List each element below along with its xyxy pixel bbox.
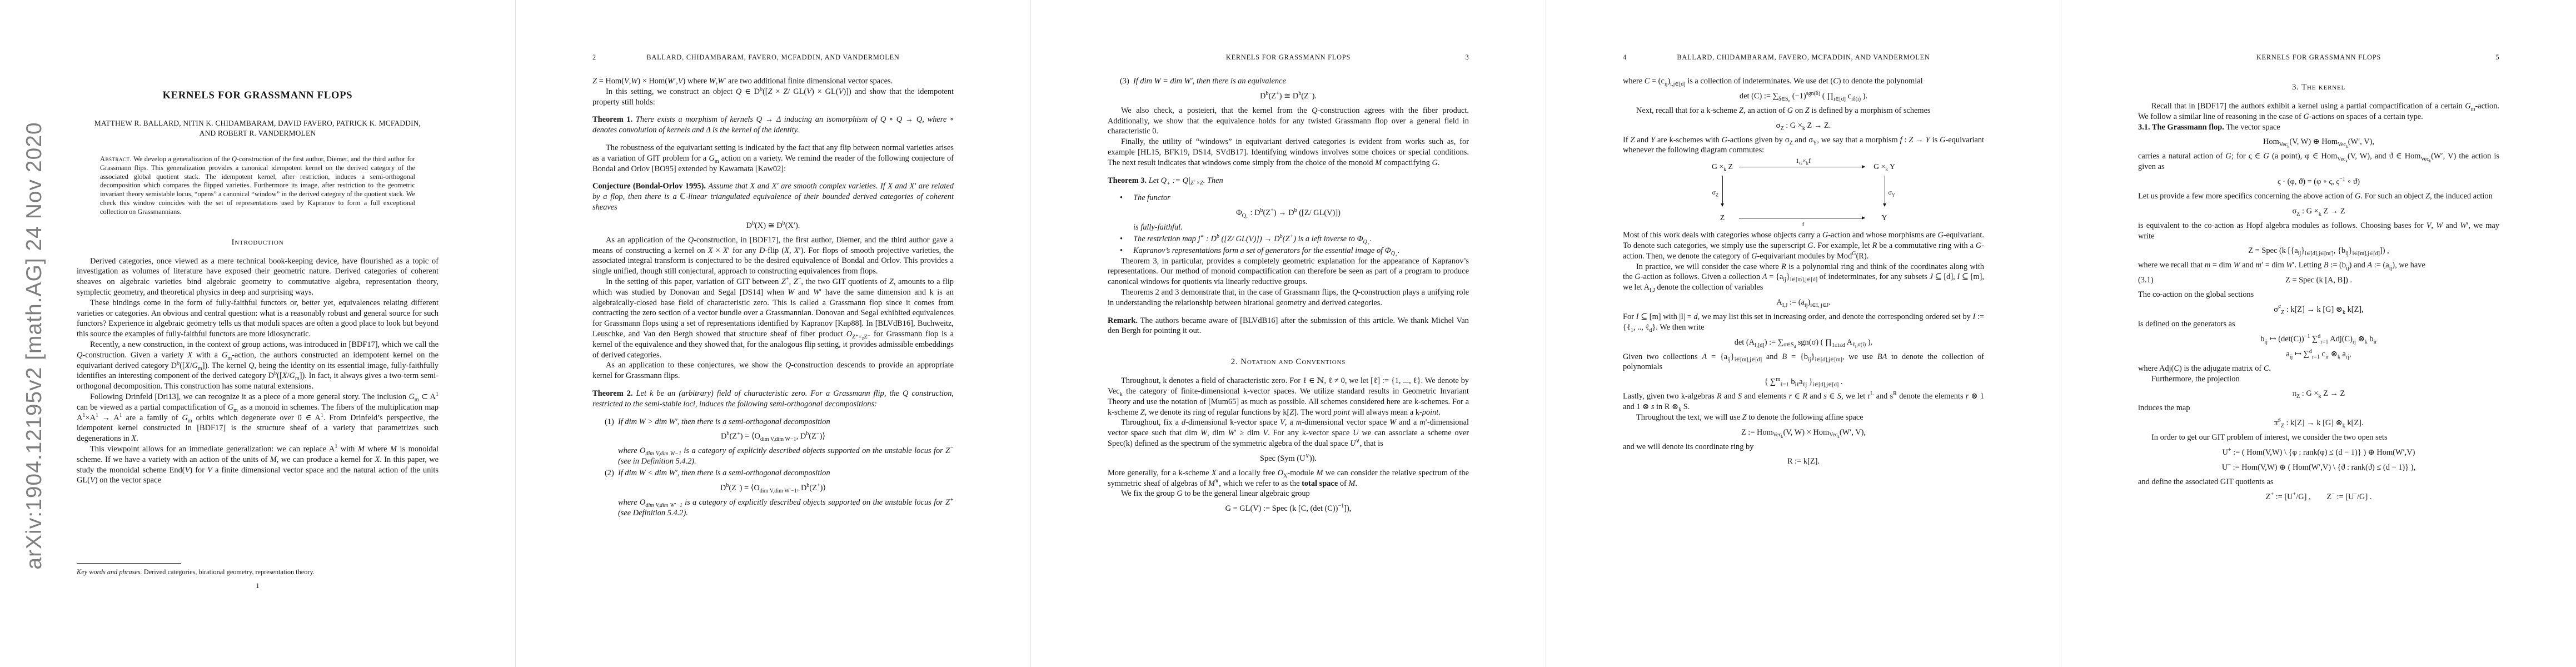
display-equation: Spec (Sym (U∨)). bbox=[1108, 453, 1469, 464]
paragraph: Most of this work deals with categories … bbox=[1623, 230, 1984, 261]
paragraph: If Z and Y are k-schemes with G-actions … bbox=[1623, 135, 1984, 156]
display-equation: AI,J := (aij)i∈I, j∈J. bbox=[1623, 297, 1984, 308]
display-equation: πZ : G ×k Z → Z bbox=[2138, 388, 2499, 399]
paragraph: is equivalent to the co-action as Hopf a… bbox=[2138, 221, 2499, 242]
paragraph: and we will denote its coordinate ring b… bbox=[1623, 442, 1984, 452]
running-header: KERNELS FOR GRASSMANN FLOPS3 bbox=[1108, 53, 1469, 62]
theorem: Theorem 3. Let Q+ := Q|Z+×Z. Then bbox=[1108, 176, 1469, 186]
display-equation: R := k[Z]. bbox=[1623, 456, 1984, 467]
paragraph: and define the associated GIT quotients … bbox=[2138, 477, 2499, 487]
paragraph: where C = (cij)i,j∈[d] is a collection o… bbox=[1623, 76, 1984, 87]
page-body: 2BALLARD, CHIDAMBARAM, FAVERO, MCFADDIN,… bbox=[592, 32, 954, 518]
arrow-right-icon: f bbox=[1738, 212, 1869, 223]
display-equation: det (AI,[d]) := ∑σ∈Sd sgn(σ) ( ∏1≤i≤d Aℓ… bbox=[1623, 337, 1984, 348]
paragraph: Throughout, fix a d-dimensional k-vector… bbox=[1108, 417, 1469, 449]
display-equation: Z+ := [U+/G] , Z− := [U−/G] . bbox=[2138, 491, 2499, 502]
arrow-down-icon: σY bbox=[1874, 175, 1895, 210]
authors-line: MATTHEW R. BALLARD, NITIN K. CHIDAMBARAM… bbox=[77, 118, 439, 138]
paragraph: Given two collections A = {aij}i∈[m],j∈[… bbox=[1623, 352, 1984, 373]
list-item: (3)If dim W = dim W′, then there is an e… bbox=[1108, 76, 1469, 87]
running-header-right: 5 bbox=[2475, 53, 2499, 62]
paragraph: In this setting, we construct an object … bbox=[592, 87, 954, 108]
running-header: KERNELS FOR GRASSMANN FLOPS5 bbox=[2138, 53, 2499, 62]
paragraph: Throughout, k denotes a field of charact… bbox=[1108, 376, 1469, 417]
paragraph: Theorem 3, in particular, provides a com… bbox=[1108, 256, 1469, 287]
display-equation: det (C) := ∑δ∈Sn (−1)sgn(δ) ( ∏i∈[d] ciδ… bbox=[1623, 91, 1984, 102]
display-equation: ς · (φ, ϑ) = (φ ∘ ς, ς−1 ∘ ϑ) bbox=[2138, 176, 2499, 187]
list-item-text: where Odim V,dim W−1 is a category of ex… bbox=[592, 446, 954, 467]
display-equation: Z = Spec (k [{aij}i∈[d],j∈[m′], {bij}i∈[… bbox=[2138, 245, 2499, 256]
item-marker: • bbox=[1120, 246, 1133, 256]
display-equation: HomVeck(V, W) ⊕ HomVeck(W′, V), bbox=[2138, 136, 2499, 147]
running-header-title: KERNELS FOR GRASSMANN FLOPS bbox=[1132, 53, 1444, 62]
page-5: KERNELS FOR GRASSMANN FLOPS53. The kerne… bbox=[2061, 0, 2576, 667]
paragraph: Throughout the text, we will use Z to de… bbox=[1623, 412, 1984, 423]
item-marker: (3) bbox=[1120, 76, 1133, 87]
paragraph: where Adj(C) is the adjugate matrix of C… bbox=[2138, 364, 2499, 374]
display-equation: aij ↦ ∑dr=1 cir ⊗k arj, bbox=[2138, 349, 2499, 360]
paragraph: We fix the group G to be the general lin… bbox=[1108, 489, 1469, 499]
paragraph: As an application to these conjectures, … bbox=[592, 360, 954, 381]
display-equation: Db(Z+) ≅ Db(Z−). bbox=[1108, 91, 1469, 102]
list-item: •Kapranov’s representations form a set o… bbox=[1108, 246, 1469, 256]
paragraph: We also check, a posteieri, that the ker… bbox=[1108, 106, 1469, 137]
page-4: 4BALLARD, CHIDAMBARAM, FAVERO, MCFADDIN,… bbox=[1546, 0, 2061, 667]
item-marker: • bbox=[1120, 193, 1133, 203]
keywords-line: Key words and phrases. Derived categorie… bbox=[77, 568, 439, 576]
footnote-block: Key words and phrases. Derived categorie… bbox=[77, 563, 439, 590]
arxiv-watermark-text: arXiv:1904.12195v2 [math.AG] 24 Nov 2020 bbox=[22, 122, 47, 569]
list-item-text: where Odim V,dim W′−1 is a category of e… bbox=[592, 497, 954, 519]
page-2: 2BALLARD, CHIDAMBARAM, FAVERO, MCFADDIN,… bbox=[515, 0, 1030, 667]
item-marker: • bbox=[1120, 234, 1133, 245]
paragraph: Furthermore, the projection bbox=[2138, 374, 2499, 385]
paragraph: For I ⊆ [m] with |I| = d, we may list th… bbox=[1623, 312, 1984, 333]
paragraph: Let us provide a few more specifics conc… bbox=[2138, 191, 2499, 202]
paragraph: In the setting of this paper, variation … bbox=[592, 277, 954, 360]
theorem: Conjecture (Bondal-Orlov 1995). Assume t… bbox=[592, 181, 954, 212]
screenshot-root: { "watermark": {"text":"arXiv:1904.12195… bbox=[0, 0, 2576, 667]
paragraph: 3.1. The Grassmann flop. The vector spac… bbox=[2138, 122, 2499, 133]
paragraph: The robustness of the equivariant settin… bbox=[592, 143, 954, 174]
document-canvas: arXiv:1904.12195v2 [math.AG] 24 Nov 2020… bbox=[0, 0, 2576, 667]
paragraph: Recently, a new construction, in the con… bbox=[77, 340, 439, 392]
paragraph: carries a natural action of G; for ς ∈ G… bbox=[2138, 151, 2499, 172]
item-marker: (1) bbox=[605, 417, 618, 427]
item-marker: (2) bbox=[605, 468, 618, 479]
running-header-title: BALLARD, CHIDAMBARAM, FAVERO, MCFADDIN, … bbox=[1647, 53, 1960, 62]
paragraph: The co-action on the global sections bbox=[2138, 290, 2499, 300]
paragraph: Derived categories, once viewed as a mer… bbox=[77, 256, 439, 298]
running-header: 4BALLARD, CHIDAMBARAM, FAVERO, MCFADDIN,… bbox=[1623, 53, 1984, 62]
display-equation: bij ↦ (det(C))−1 ∑dr=1 Adj(C)rj ⊗k bir bbox=[2138, 333, 2499, 345]
page-1: KERNELS FOR GRASSMANN FLOPSMATTHEW R. BA… bbox=[0, 0, 515, 667]
paragraph: Next, recall that for a k-scheme Z, an a… bbox=[1623, 106, 1984, 116]
page-body: KERNELS FOR GRASSMANN FLOPS53. The kerne… bbox=[2138, 32, 2499, 506]
display-equation: π♯Z : k[Z] → k [G] ⊗k k[Z]. bbox=[2138, 417, 2499, 429]
page-body: KERNELS FOR GRASSMANN FLOPS3(3)If dim W … bbox=[1108, 32, 1469, 518]
section-heading: 3. The kernel bbox=[2138, 83, 2499, 92]
display-equation: U− := Hom(V,W) ⊕ ( Hom(W′,V) \ {ϑ : rank… bbox=[2138, 462, 2499, 473]
paragraph: Z = Hom(V,W) × Hom(W′,V) where W,W′ are … bbox=[592, 76, 954, 87]
running-header-right: 3 bbox=[1444, 53, 1469, 62]
page-3: KERNELS FOR GRASSMANN FLOPS3(3)If dim W … bbox=[1030, 0, 1546, 667]
paragraph: is defined on the generators as bbox=[2138, 319, 2499, 330]
display-equation: { ∑mℓ=1 biℓaℓj }i∈[d],j∈[d] . bbox=[1623, 376, 1984, 387]
paragraph: Recall that in [BDF17] the authors exhib… bbox=[2138, 101, 2499, 122]
arrow-right-icon: 1G×kf bbox=[1738, 161, 1869, 172]
display-equation: Db(Z+) = ⟨Odim V,dim W−1, Db(Z−)⟩ bbox=[592, 431, 954, 442]
section-heading: 2. Notation and Conventions bbox=[1108, 357, 1469, 367]
paragraph: These bindings come in the form of fully… bbox=[77, 298, 439, 340]
page-body: 4BALLARD, CHIDAMBARAM, FAVERO, MCFADDIN,… bbox=[1623, 32, 1984, 471]
list-item: •The functor bbox=[1108, 193, 1469, 203]
paragraph: Lastly, given two k-algebras R and S and… bbox=[1623, 391, 1984, 412]
display-equation: ΦQ+ : Db(Z+) → Db ([Z/ GL(V)]) bbox=[1108, 207, 1469, 218]
list-item-text: is fully-faithful. bbox=[1108, 222, 1469, 233]
display-equation: Db(X) ≅ Db(X′). bbox=[592, 220, 954, 231]
list-item: (1)If dim W > dim W′, then there is a se… bbox=[592, 417, 954, 427]
running-header-left: 2 bbox=[592, 53, 617, 62]
commutative-diagram: G ×k Z1G×kfG ×k YσZσYZfY bbox=[1712, 161, 1895, 223]
page-body: KERNELS FOR GRASSMANN FLOPSMATTHEW R. BA… bbox=[77, 32, 439, 486]
running-header-title: KERNELS FOR GRASSMANN FLOPS bbox=[2163, 53, 2475, 62]
display-equation: Db(Z−) = ⟨Odim V,dim W′−1, Db(Z+)⟩ bbox=[592, 482, 954, 494]
list-item: •The restriction map j∗ : Db ([Z/ GL(V)]… bbox=[1108, 234, 1469, 245]
display-equation: Z := HomVeck(V, W) × HomVeck(W′, V), bbox=[1623, 427, 1984, 438]
footnote-rule bbox=[77, 563, 181, 564]
paragraph: Following Drinfeld [Dri13], we can recog… bbox=[77, 392, 439, 444]
paragraph: This viewpoint allows for an immediate g… bbox=[77, 444, 439, 486]
display-equation: σ♯Z : k[Z] → k [G] ⊗k k[Z], bbox=[2138, 304, 2499, 315]
section-heading: Introduction bbox=[77, 238, 439, 247]
page-number: 1 bbox=[77, 581, 439, 590]
arrow-down-icon: σZ bbox=[1712, 175, 1733, 210]
running-header-left: 4 bbox=[1623, 53, 1647, 62]
paragraph: In order to get our GIT problem of inter… bbox=[2138, 432, 2499, 443]
theorem: Theorem 1. There exists a morphism of ke… bbox=[592, 115, 954, 136]
display-equation: σZ : G ×k Z → Z. bbox=[1623, 120, 1984, 131]
paragraph: In practice, we will consider the case w… bbox=[1623, 262, 1984, 293]
equation-number: (3.1) bbox=[2138, 275, 2154, 286]
paragraph: As an application of the Q-construction,… bbox=[592, 235, 954, 277]
display-equation: (3.1)Z = Spec (k [A, B]) . bbox=[2138, 275, 2499, 286]
paragraph: where we recall that m = dim W and m′ = … bbox=[2138, 260, 2499, 271]
theorem: Remark. The authors became aware of [BLV… bbox=[1108, 316, 1469, 337]
display-equation: G = GL(V) := Spec (k [C, (det (C))−1]), bbox=[1108, 503, 1469, 514]
paragraph: Theorems 2 and 3 demonstrate that, in th… bbox=[1108, 287, 1469, 308]
list-item: (2)If dim W < dim W′, then there is a se… bbox=[592, 468, 954, 479]
running-header-title: BALLARD, CHIDAMBARAM, FAVERO, MCFADDIN, … bbox=[617, 53, 929, 62]
paper-pages: KERNELS FOR GRASSMANN FLOPSMATTHEW R. BA… bbox=[0, 0, 2576, 667]
theorem: Theorem 2. Let k be an (arbitrary) field… bbox=[592, 389, 954, 410]
display-equation: U+ := ( Hom(V,W) \ {φ : rank(φ) ≤ (d − 1… bbox=[2138, 447, 2499, 458]
paragraph: Finally, the utility of “windows” in equ… bbox=[1108, 137, 1469, 168]
abstract: Abstract. We develop a generalization of… bbox=[77, 155, 439, 217]
running-header: 2BALLARD, CHIDAMBARAM, FAVERO, MCFADDIN,… bbox=[592, 53, 954, 62]
paragraph: induces the map bbox=[2138, 403, 2499, 414]
paper-title: KERNELS FOR GRASSMANN FLOPS bbox=[77, 90, 439, 102]
paragraph: More generally, for a k-scheme X and a l… bbox=[1108, 468, 1469, 489]
display-equation: σZ : G ×k Z → Z bbox=[2138, 206, 2499, 217]
